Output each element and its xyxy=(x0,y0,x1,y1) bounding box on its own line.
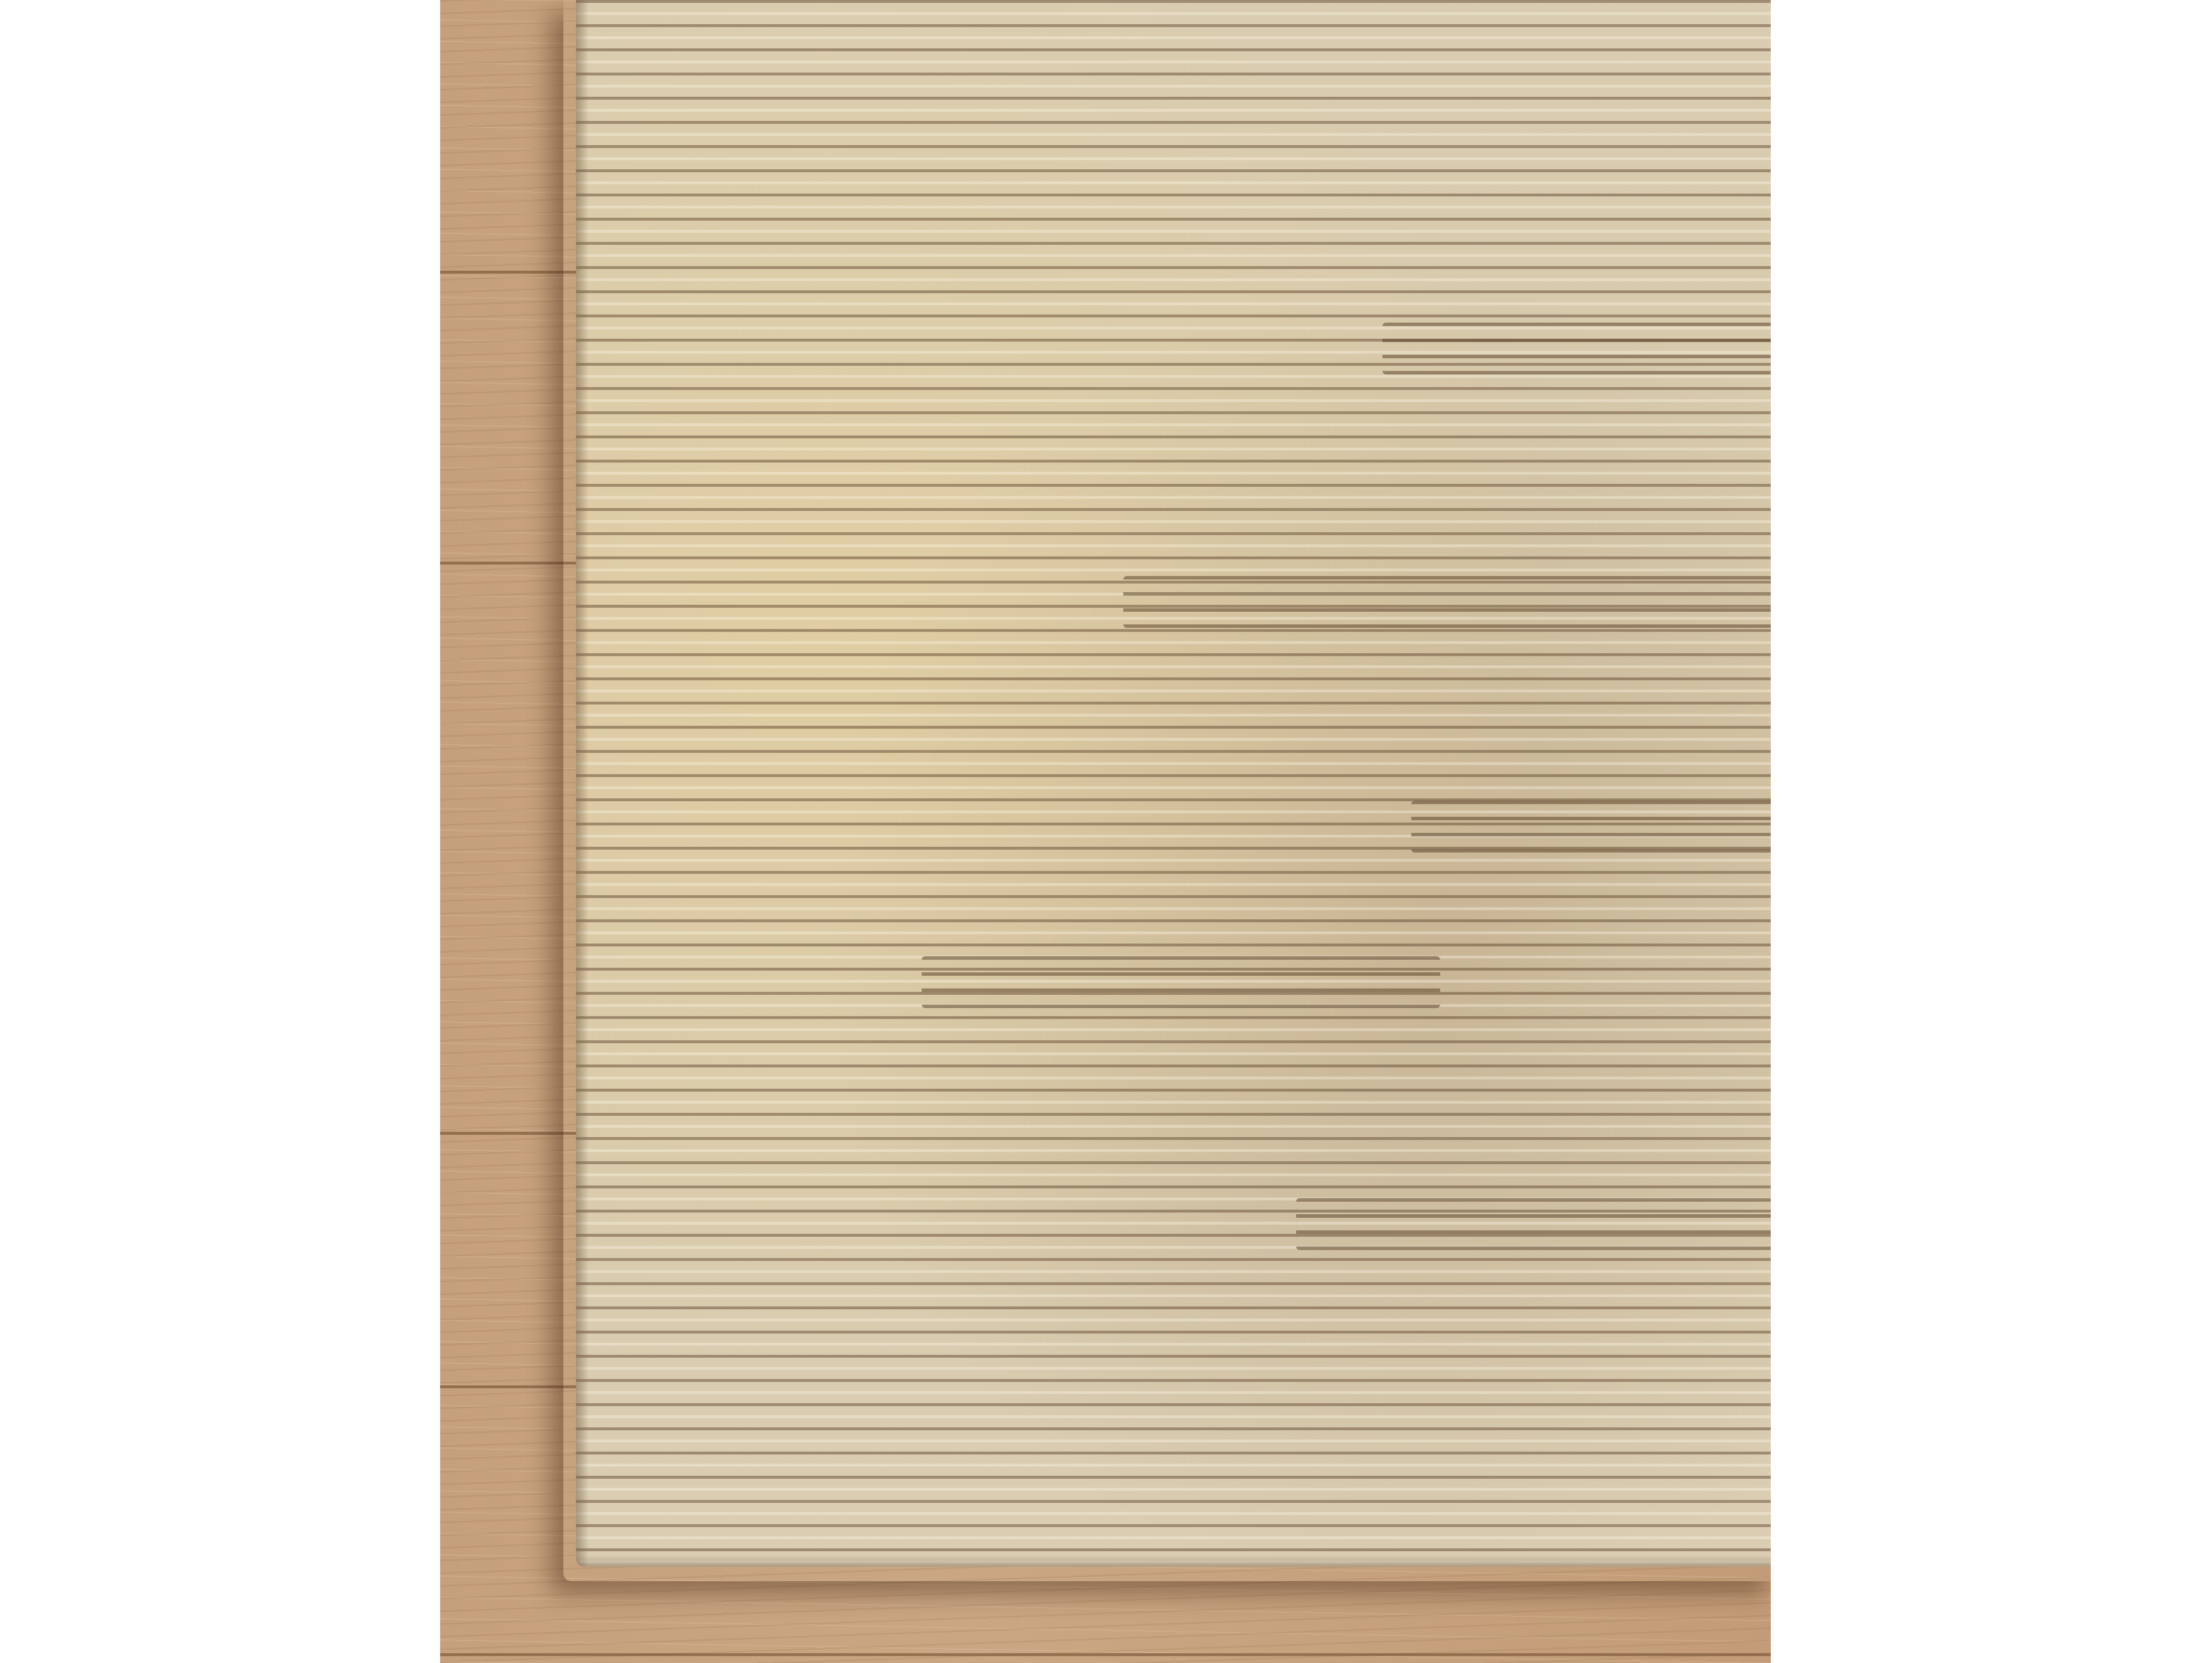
rug-pattern-band xyxy=(1296,1198,1771,1250)
rug-pattern-band xyxy=(1123,576,1771,628)
rug-pattern-band xyxy=(922,956,1440,1008)
floor-plank-seam xyxy=(440,271,578,274)
floor-plank-seam xyxy=(440,1653,1771,1656)
product-photo xyxy=(440,0,1771,1663)
rug-bottom-edge xyxy=(576,1555,1771,1567)
rug-pattern-band xyxy=(1382,323,1771,374)
rug-pattern-band xyxy=(1411,801,1771,853)
floor-plank-seam xyxy=(440,562,578,565)
rug-left-edge xyxy=(576,0,589,1567)
rug xyxy=(576,0,1771,1567)
floor-plank-seam xyxy=(440,1385,578,1388)
floor-plank-seam xyxy=(440,1132,578,1135)
